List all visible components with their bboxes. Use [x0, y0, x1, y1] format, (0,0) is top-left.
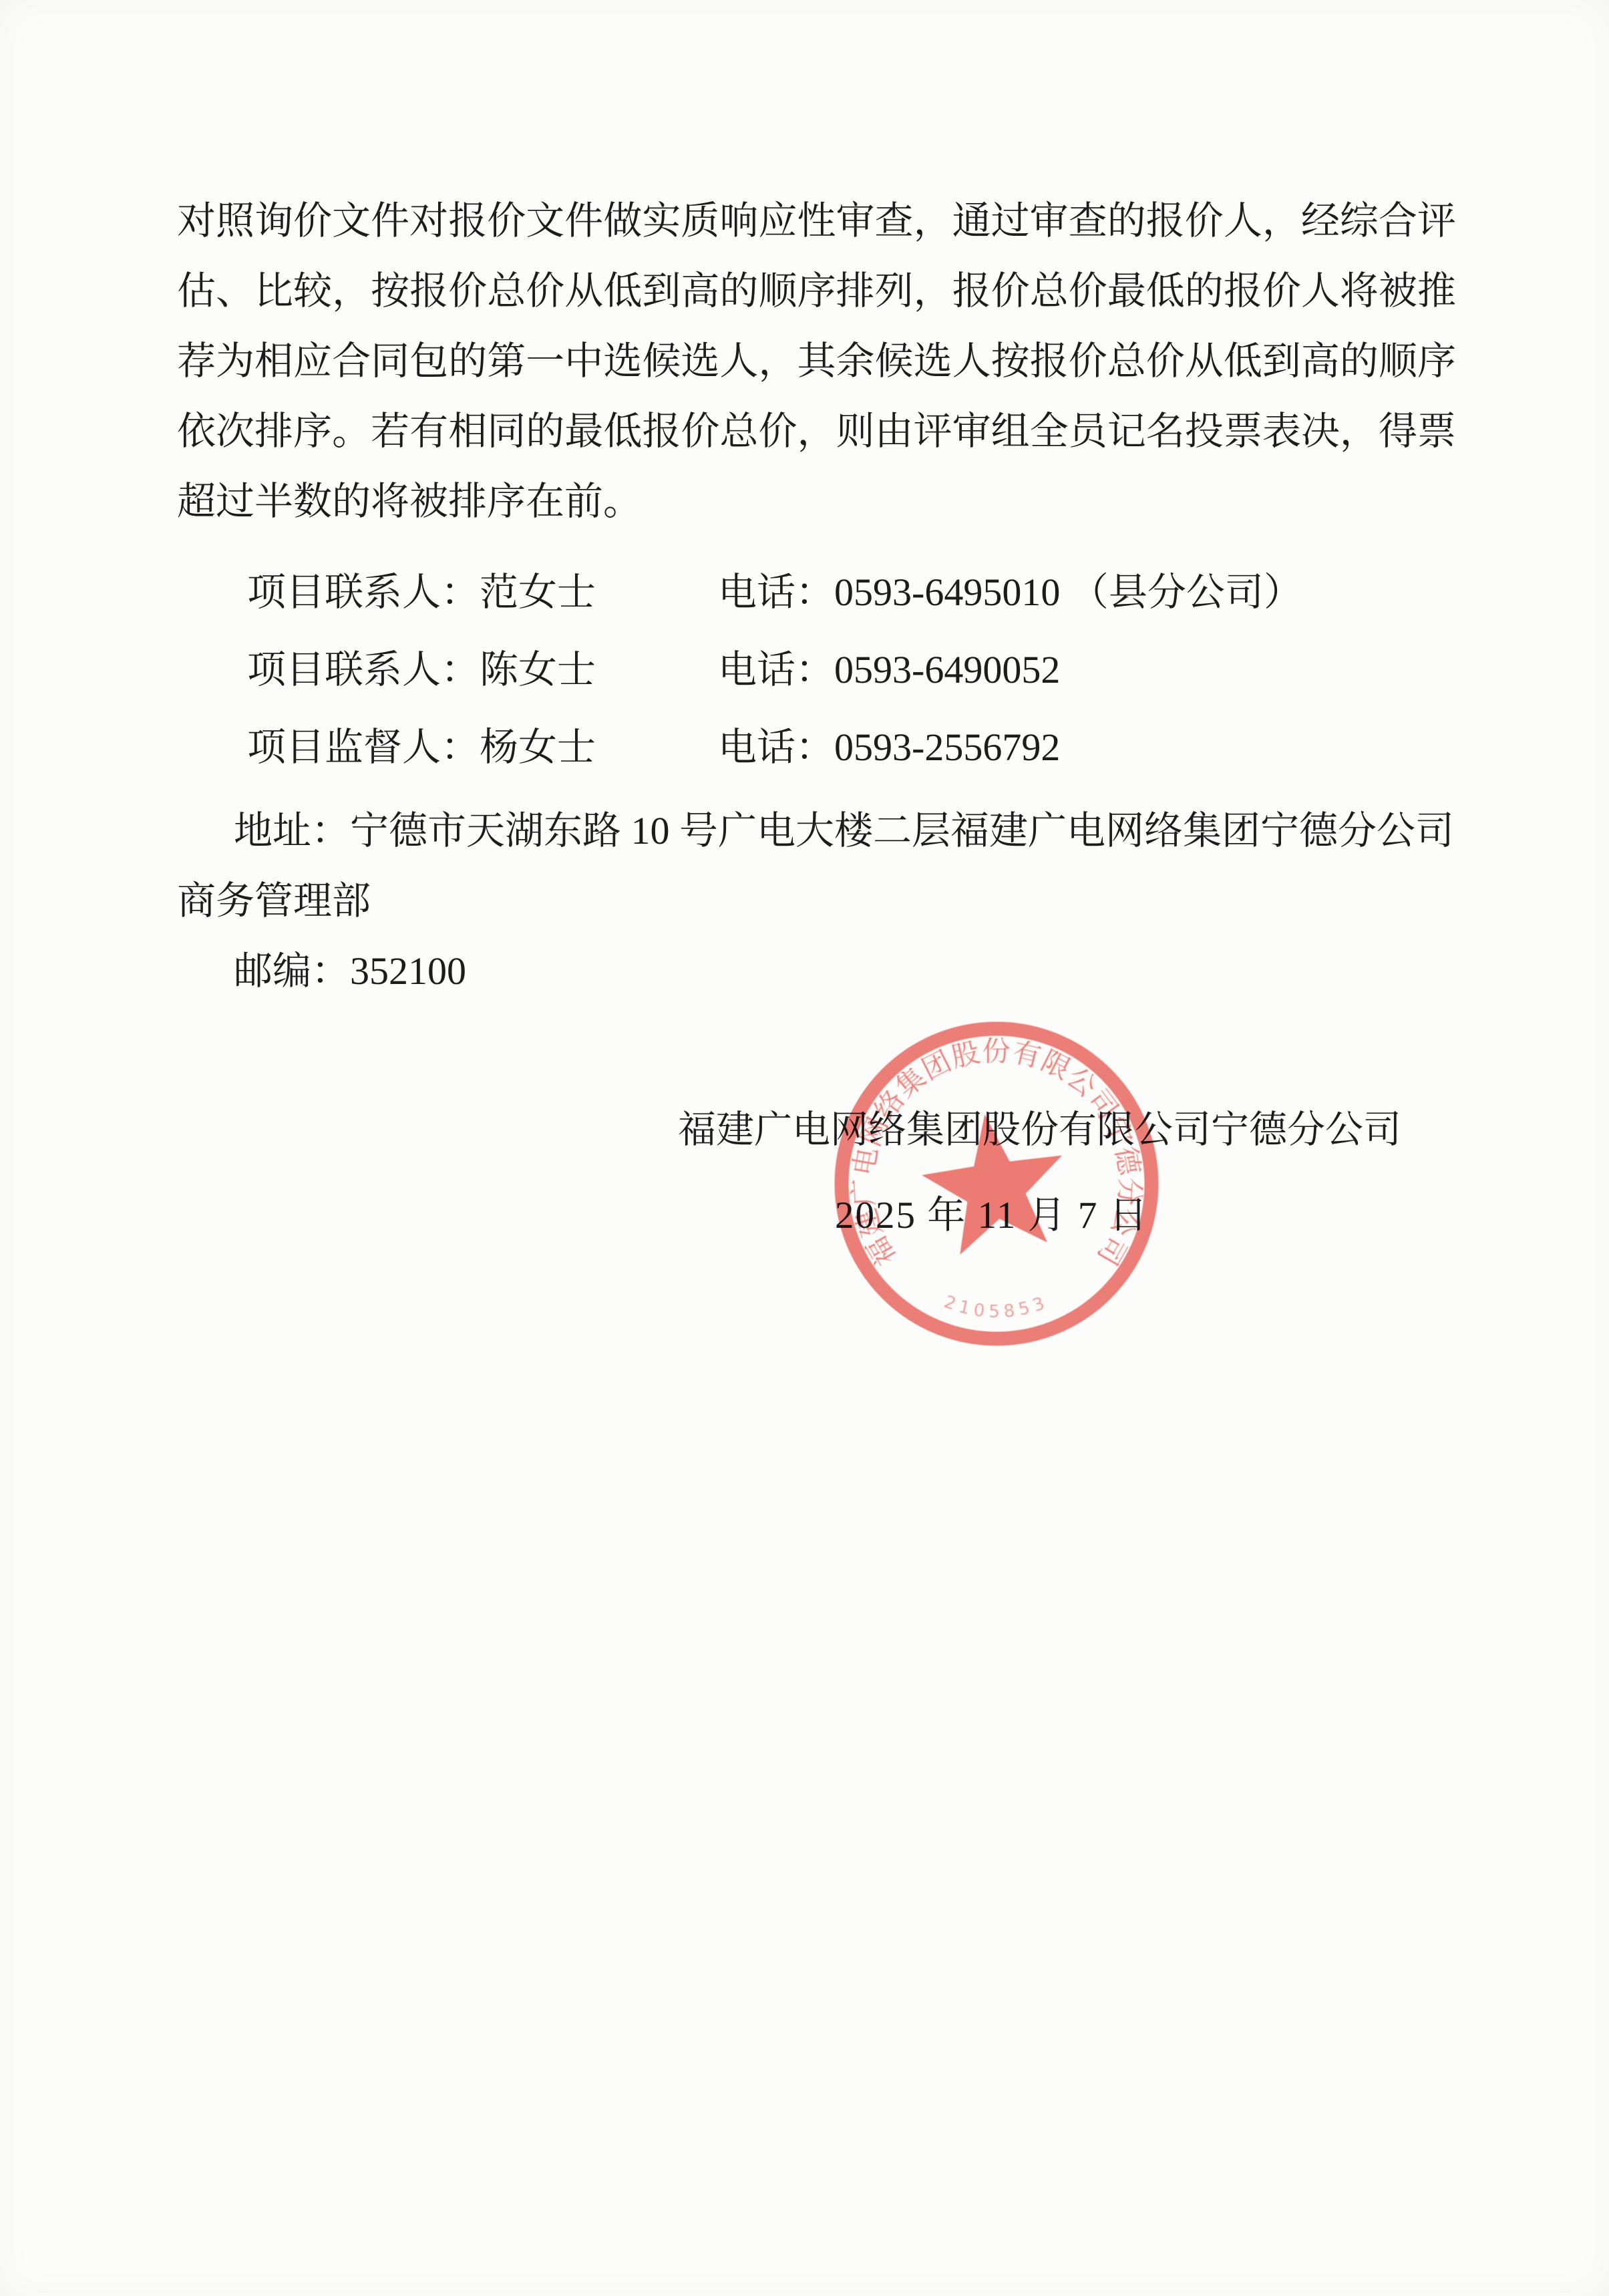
scanned-document-page: 对照询价文件对报价文件做实质响应性审查，通过审查的报价人，经综合评估、比较，按报…	[0, 0, 1609, 2296]
company-seal-stamp: 福建广电网络集团股份有限公司宁德分公司 2105853	[826, 1013, 1167, 1354]
document-body: 对照询价文件对报价文件做实质响应性审查，通过审查的报价人，经综合评估、比较，按报…	[177, 186, 1456, 1006]
review-paragraph: 对照询价文件对报价文件做实质响应性审查，通过审查的报价人，经综合评估、比较，按报…	[177, 186, 1456, 536]
contact-person-label: 项目联系人：范女士	[247, 570, 596, 614]
postal-code-line: 邮编：352100	[177, 936, 1456, 1006]
contact-row: 项目联系人：陈女士 电话：0593-6490052	[177, 631, 1456, 709]
contact-phone: 电话：0593-6495010 （县分公司）	[718, 554, 1302, 631]
contact-supervisor-label: 项目监督人：杨女士	[247, 725, 596, 769]
contact-phone: 电话：0593-2556792	[718, 709, 1060, 786]
contact-row: 项目联系人：范女士 电话：0593-6495010 （县分公司）	[177, 554, 1456, 631]
contact-row: 项目监督人：杨女士 电话：0593-2556792	[177, 709, 1456, 786]
seal-serial-number: 2105853	[941, 1292, 1051, 1322]
contact-person-label: 项目联系人：陈女士	[247, 648, 596, 691]
contact-list: 项目联系人：范女士 电话：0593-6495010 （县分公司） 项目联系人：陈…	[177, 554, 1456, 786]
address-line: 地址：宁德市天湖东路 10 号广电大楼二层福建广电网络集团宁德分公司	[177, 796, 1456, 866]
seal-star-icon	[914, 1104, 1073, 1259]
address-department-line: 商务管理部	[177, 866, 1456, 936]
contact-phone: 电话：0593-6490052	[718, 631, 1060, 709]
